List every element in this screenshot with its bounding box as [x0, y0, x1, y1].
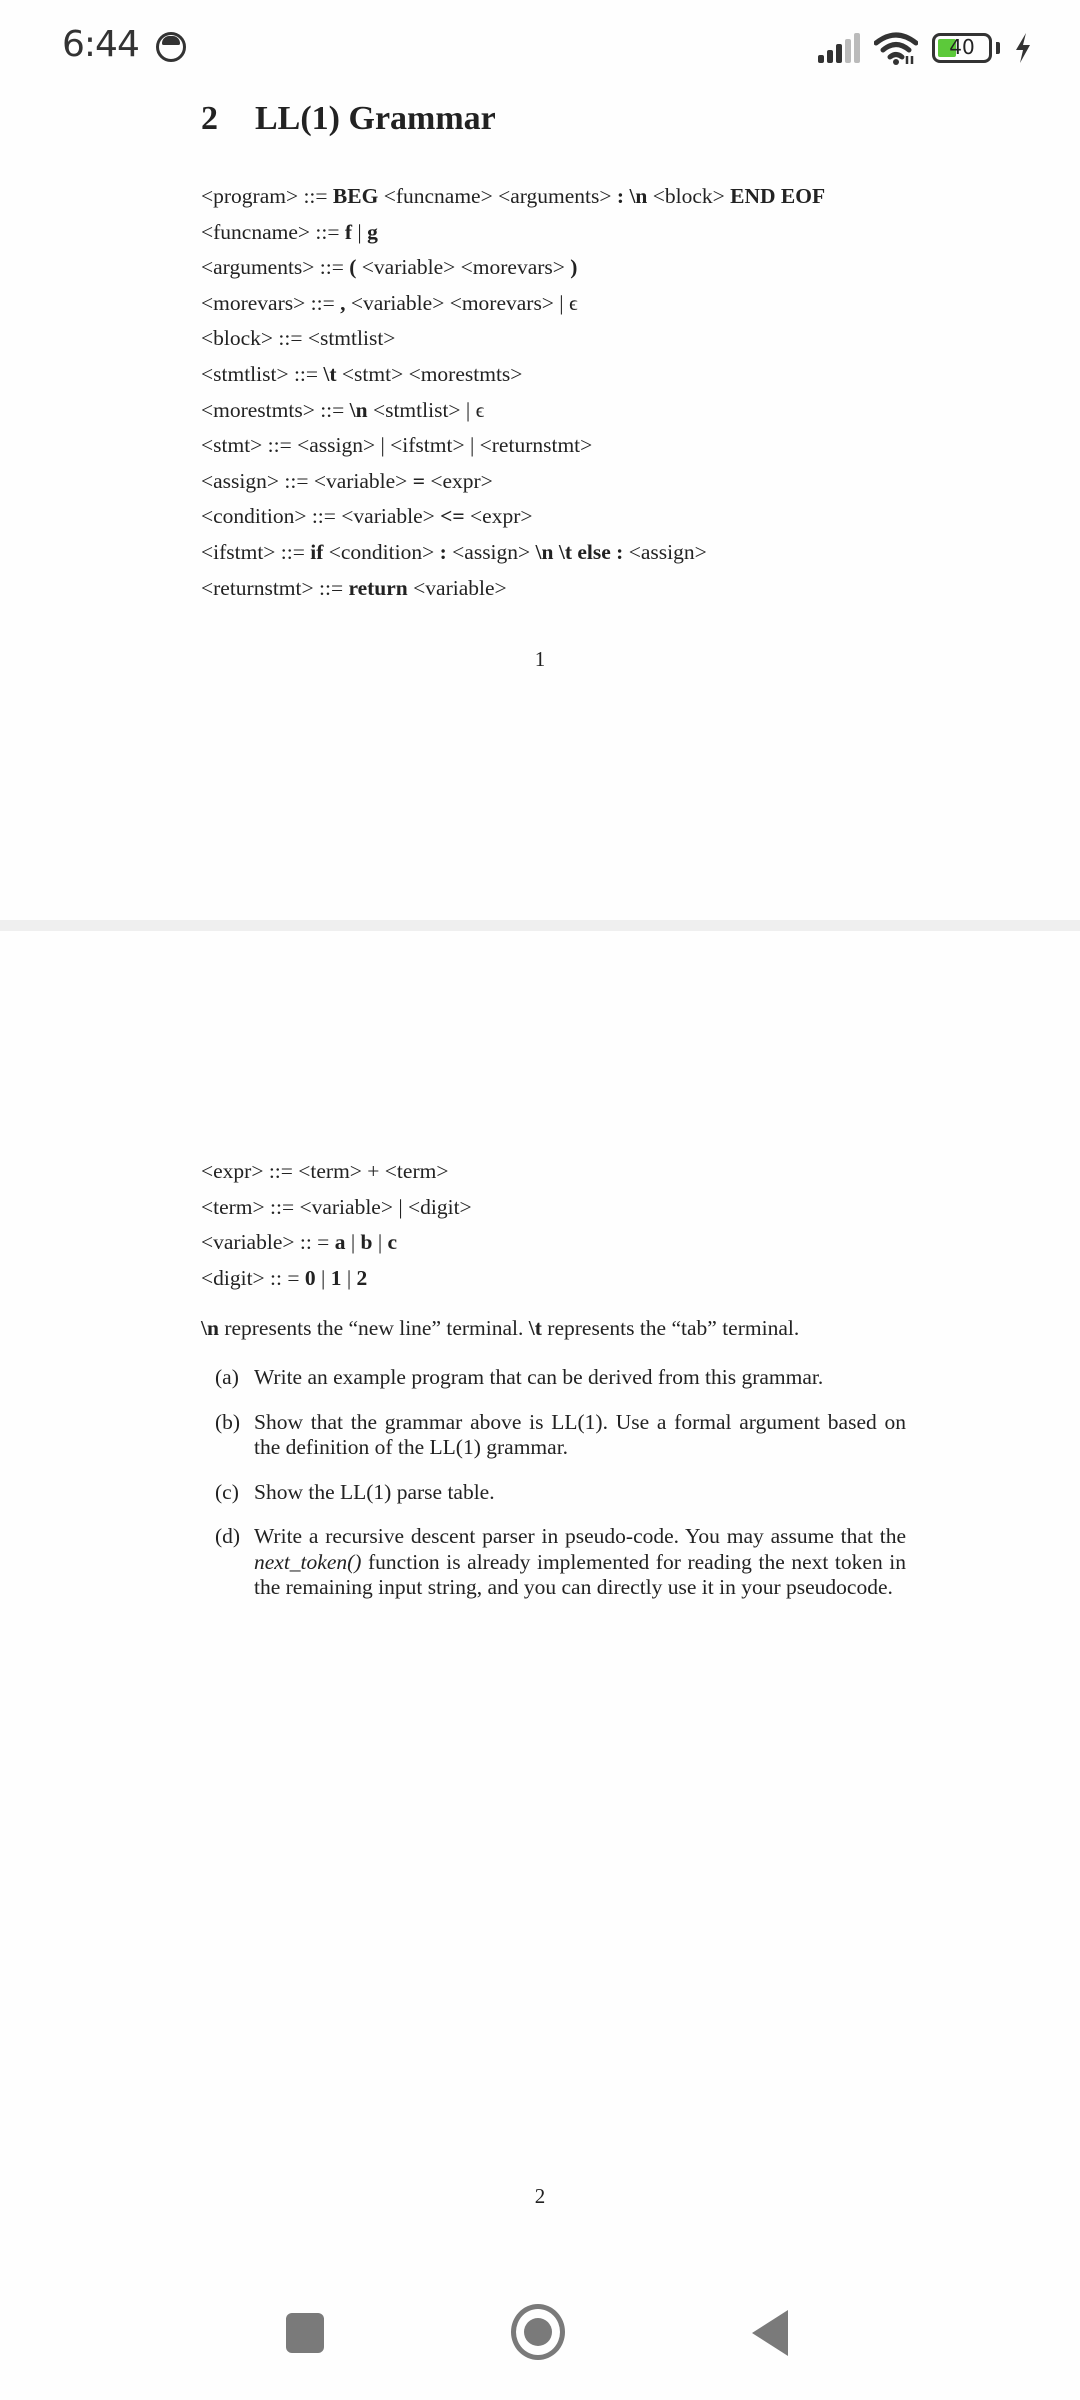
text-run: <assign>	[623, 540, 706, 564]
terminal-token: 1	[331, 1266, 342, 1290]
recent-apps-button[interactable]	[286, 2313, 324, 2353]
text-run: <expr>	[425, 469, 493, 493]
terminal-token: BEG	[333, 184, 378, 208]
question-item: (a)Write an example program that can be …	[201, 1365, 906, 1391]
text-run: |	[345, 1230, 360, 1254]
text-run: <digit> :: =	[201, 1266, 305, 1290]
text-run: <program> ::=	[201, 184, 333, 208]
section-number: 2	[201, 100, 255, 138]
terminal-token: \n	[350, 398, 368, 422]
question-label: (b)	[201, 1410, 254, 1461]
charging-bolt-icon	[1014, 33, 1032, 63]
terminal-token: c	[388, 1230, 398, 1254]
question-item: (c)Show the LL(1) parse table.	[201, 1480, 906, 1506]
text-run: <variable> :: =	[201, 1230, 335, 1254]
text-run: <expr> ::= <term> + <term>	[201, 1159, 448, 1183]
terminal-token: g	[367, 220, 378, 244]
terminal-note: \n represents the “new line” terminal. \…	[201, 1316, 799, 1341]
text-run: <variable> <morevars> | ϵ	[345, 291, 577, 315]
grammar-rule: <stmtlist> ::= \t <stmt> <morestmts>	[201, 357, 825, 393]
text-run: Write a recursive descent parser in pseu…	[254, 1524, 906, 1548]
grammar-rule: <arguments> ::= ( <variable> <morevars> …	[201, 250, 825, 286]
section-heading: 2LL(1) Grammar	[201, 100, 496, 138]
text-run: <funcname> ::=	[201, 220, 345, 244]
question-label: (c)	[201, 1480, 254, 1506]
grammar-rule: <stmt> ::= <assign> | <ifstmt> | <return…	[201, 428, 825, 464]
terminal-token: 2	[357, 1266, 368, 1290]
grammar-rule: <program> ::= BEG <funcname> <arguments>…	[201, 179, 825, 215]
text-run: <block> ::= <stmtlist>	[201, 326, 395, 350]
document-page-1[interactable]: 2LL(1) Grammar <program> ::= BEG <funcna…	[0, 80, 1080, 920]
terminal-token: \t	[323, 362, 336, 386]
grammar-rule: <ifstmt> ::= if <condition> : <assign> \…	[201, 535, 825, 571]
page-number: 1	[0, 647, 1080, 672]
text-run: <arguments> ::=	[201, 255, 349, 279]
text-run: <morevars> ::=	[201, 291, 340, 315]
wifi-icon	[874, 31, 918, 65]
grammar-rule: <variable> :: = a | b | c	[201, 1225, 472, 1261]
terminal-token: 0	[305, 1266, 316, 1290]
home-button[interactable]	[511, 2304, 565, 2360]
battery-level: 40	[935, 35, 989, 59]
grammar-rule: <condition> ::= <variable> <= <expr>	[201, 499, 825, 535]
text-run: Write an example program that can be der…	[254, 1365, 823, 1389]
terminal-token: :	[440, 540, 447, 564]
text-run: |	[372, 1230, 387, 1254]
navigation-bar	[0, 2280, 1080, 2400]
question-text: Show the LL(1) parse table.	[254, 1480, 906, 1506]
text-run: <variable>	[408, 576, 507, 600]
grammar-rule: <expr> ::= <term> + <term>	[201, 1154, 472, 1190]
face-icon	[156, 32, 186, 62]
text-run: <condition>	[323, 540, 439, 564]
text-run: <expr>	[465, 504, 533, 528]
text-run: <stmt> ::= <assign> | <ifstmt> | <return…	[201, 433, 592, 457]
terminal-token: =	[413, 469, 425, 493]
battery-tip	[996, 42, 1000, 54]
text-run: <block>	[647, 184, 730, 208]
question-text: Show that the grammar above is LL(1). Us…	[254, 1410, 906, 1461]
terminal-token: a	[335, 1230, 346, 1254]
terminal-token: \n	[629, 184, 647, 208]
question-text: Write a recursive descent parser in pseu…	[254, 1524, 906, 1601]
question-item: (d)Write a recursive descent parser in p…	[201, 1524, 906, 1601]
text-run: <morestmts> ::=	[201, 398, 350, 422]
terminal-token: f	[345, 220, 352, 244]
text-run: <term> ::= <variable> | <digit>	[201, 1195, 472, 1219]
function-name: next_token()	[254, 1550, 361, 1574]
back-button[interactable]	[752, 2310, 788, 2356]
grammar-rule: <funcname> ::= f | g	[201, 215, 825, 251]
text-run: <returnstmt> ::=	[201, 576, 348, 600]
terminal-token: END EOF	[730, 184, 825, 208]
signal-icon	[818, 33, 860, 63]
text-run: Show the LL(1) parse table.	[254, 1480, 495, 1504]
page-separator	[0, 920, 1080, 931]
grammar-rule: <returnstmt> ::= return <variable>	[201, 571, 825, 607]
terminal-token: \n	[201, 1316, 219, 1340]
clock: 6:44	[62, 24, 139, 65]
grammar-rules-continued: <expr> ::= <term> + <term><term> ::= <va…	[201, 1154, 472, 1296]
text-run: <assign> ::= <variable>	[201, 469, 413, 493]
text-run: |	[341, 1266, 356, 1290]
text-run: <stmtlist> ::=	[201, 362, 323, 386]
terminal-token: )	[570, 255, 577, 279]
status-icons: 40	[818, 30, 1032, 66]
text-run: represents the “new line” terminal.	[219, 1316, 529, 1340]
grammar-rule: <block> ::= <stmtlist>	[201, 321, 825, 357]
text-run: |	[316, 1266, 331, 1290]
terminal-token: if	[310, 540, 323, 564]
section-title: LL(1) Grammar	[255, 100, 496, 137]
text-run: |	[352, 220, 367, 244]
battery-icon: 40	[932, 33, 992, 63]
terminal-token: :	[617, 184, 624, 208]
question-list: (a)Write an example program that can be …	[201, 1365, 906, 1620]
text-run: <condition> ::= <variable>	[201, 504, 440, 528]
question-item: (b)Show that the grammar above is LL(1).…	[201, 1410, 906, 1461]
text-run: <stmtlist> | ϵ	[368, 398, 485, 422]
page-number: 2	[0, 2184, 1080, 2209]
text-run: <funcname> <arguments>	[378, 184, 617, 208]
document-page-2[interactable]: <expr> ::= <term> + <term><term> ::= <va…	[0, 931, 1080, 2280]
grammar-rule: <term> ::= <variable> | <digit>	[201, 1190, 472, 1226]
text-run: <variable> <morevars>	[356, 255, 570, 279]
grammar-rule: <morevars> ::= , <variable> <morevars> |…	[201, 286, 825, 322]
question-label: (d)	[201, 1524, 254, 1601]
text-run: Show that the grammar above is LL(1). Us…	[254, 1410, 906, 1460]
grammar-rule: <assign> ::= <variable> = <expr>	[201, 464, 825, 500]
terminal-token: b	[361, 1230, 373, 1254]
terminal-token: <=	[440, 504, 465, 528]
terminal-token: \n \t else :	[536, 540, 624, 564]
text-run: <stmt> <morestmts>	[337, 362, 523, 386]
text-run: represents the “tab” terminal.	[542, 1316, 799, 1340]
text-run: <assign>	[447, 540, 536, 564]
terminal-token: return	[348, 576, 407, 600]
question-text: Write an example program that can be der…	[254, 1365, 906, 1391]
question-label: (a)	[201, 1365, 254, 1391]
grammar-rule: <morestmts> ::= \n <stmtlist> | ϵ	[201, 393, 825, 429]
status-bar: 6:44 40	[0, 0, 1080, 80]
grammar-rule: <digit> :: = 0 | 1 | 2	[201, 1261, 472, 1297]
text-run: <ifstmt> ::=	[201, 540, 310, 564]
terminal-token: \t	[529, 1316, 542, 1340]
grammar-rules: <program> ::= BEG <funcname> <arguments>…	[201, 179, 825, 606]
